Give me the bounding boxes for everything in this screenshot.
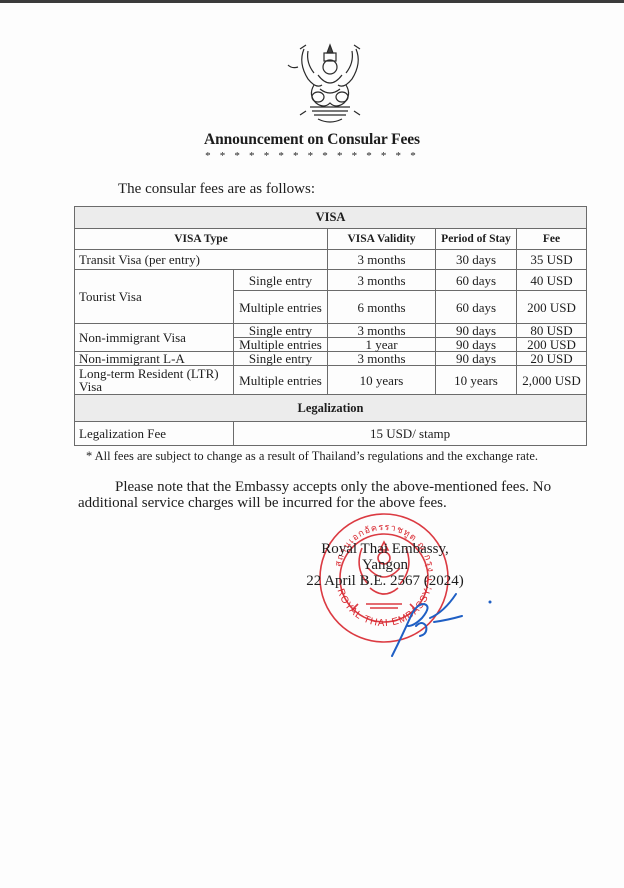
legalization-label-cell: Legalization Fee	[75, 422, 234, 446]
legalization-section-header: Legalization	[75, 395, 587, 422]
handwritten-signature-icon	[380, 578, 500, 658]
document-title: Announcement on Consular Fees	[0, 131, 624, 149]
signatory-line-embassy: Royal Thai Embassy,	[300, 541, 470, 557]
fee-cell: 80 USD	[517, 324, 587, 338]
table-row: Long-term Resident (LTR) Visa Multiple e…	[75, 366, 587, 395]
garuda-emblem-icon	[284, 41, 376, 127]
period-cell: 90 days	[436, 324, 517, 338]
table-row: Non-immigrant Visa Single entry 3 months…	[75, 324, 587, 338]
header-period-of-stay: Period of Stay	[436, 229, 517, 250]
entry-cell: Single entry	[234, 352, 328, 366]
entry-cell: Single entry	[234, 324, 328, 338]
entry-cell: Multiple entries	[234, 338, 328, 352]
entry-cell: Multiple entries	[234, 291, 328, 324]
notice-paragraph: Please note that the Embassy accepts onl…	[78, 479, 588, 511]
visa-type-cell: Non-immigrant L-A	[75, 352, 234, 366]
intro-text: The consular fees are as follows:	[118, 181, 315, 198]
header-visa-type: VISA Type	[75, 229, 328, 250]
visa-section-header: VISA	[75, 207, 587, 229]
fee-cell: 2,000 USD	[517, 366, 587, 395]
table-row: Non-immigrant L-A Single entry 3 months …	[75, 352, 587, 366]
period-cell: 10 years	[436, 366, 517, 395]
validity-cell: 3 months	[328, 324, 436, 338]
fee-cell: 20 USD	[517, 352, 587, 366]
validity-cell: 1 year	[328, 338, 436, 352]
period-cell: 60 days	[436, 291, 517, 324]
validity-cell: 6 months	[328, 291, 436, 324]
legalization-fee-cell: 15 USD/ stamp	[234, 422, 587, 446]
validity-cell: 10 years	[328, 366, 436, 395]
entry-cell: Multiple entries	[234, 366, 328, 395]
document-page: Announcement on Consular Fees * * * * * …	[0, 3, 624, 888]
period-cell: 30 days	[436, 250, 517, 270]
visa-type-cell: Long-term Resident (LTR) Visa	[75, 366, 234, 395]
visa-type-cell: Transit Visa (per entry)	[75, 250, 328, 270]
fee-cell: 35 USD	[517, 250, 587, 270]
table-row: Tourist Visa Single entry 3 months 60 da…	[75, 270, 587, 291]
consular-fees-table: VISA VISA Type VISA Validity Period of S…	[74, 206, 587, 446]
visa-type-cell: Tourist Visa	[75, 270, 234, 324]
visa-type-cell: Non-immigrant Visa	[75, 324, 234, 352]
table-row: Legalization Fee 15 USD/ stamp	[75, 422, 587, 446]
header-visa-validity: VISA Validity	[328, 229, 436, 250]
signatory-line-city: Yangon	[300, 557, 470, 573]
validity-cell: 3 months	[328, 270, 436, 291]
fee-cell: 200 USD	[517, 338, 587, 352]
validity-cell: 3 months	[328, 352, 436, 366]
header-fee: Fee	[517, 229, 587, 250]
period-cell: 90 days	[436, 352, 517, 366]
table-row: Transit Visa (per entry) 3 months 30 day…	[75, 250, 587, 270]
validity-cell: 3 months	[328, 250, 436, 270]
footnote: * All fees are subject to change as a re…	[0, 449, 624, 464]
fee-cell: 200 USD	[517, 291, 587, 324]
entry-cell: Single entry	[234, 270, 328, 291]
period-cell: 60 days	[436, 270, 517, 291]
title-decoration-stars: * * * * * * * * * * * * * * *	[0, 150, 624, 162]
period-cell: 90 days	[436, 338, 517, 352]
fee-cell: 40 USD	[517, 270, 587, 291]
